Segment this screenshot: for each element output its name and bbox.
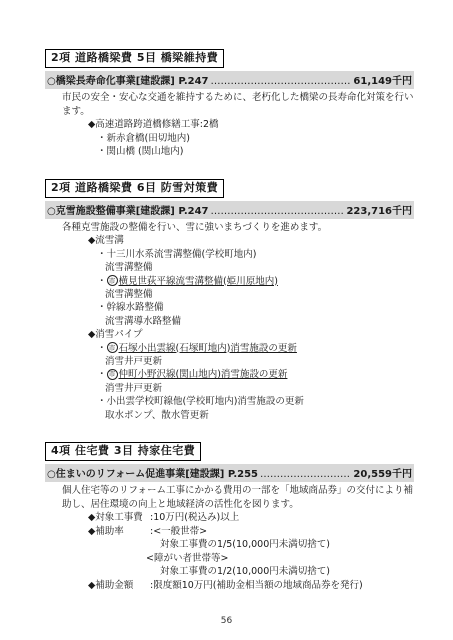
- program-title: ○克雪施設整備事業[建設課] P.247: [47, 202, 209, 217]
- section-snow-countermeasures: 2項 道路橋梁費 6目 防雪対策費 ○克雪施設整備事業[建設課] P.247 ……: [45, 176, 414, 422]
- city-road-circle-icon: 市: [107, 275, 118, 286]
- section-header-box: 4項 住宅費 3目 持家住宅費: [45, 442, 201, 461]
- list-item: 流雪溝整備: [45, 288, 414, 301]
- program-description: 各種克雪施設の整備を行い、雪に強いまちづくりを進めます。: [45, 221, 414, 235]
- detail-term: ◆対象工事費: [88, 511, 150, 525]
- dot-leader: ………………………………………………: [211, 206, 345, 217]
- budget-document-page: 2項 道路橋梁費 5目 橋梁維持費 ○橋梁長寿命化事業[建設課] P.247 ……: [0, 0, 453, 640]
- program-title: ○橋梁長寿命化事業[建設課] P.247: [47, 72, 209, 87]
- list-item: ・市横見世荻平線流雪溝整備(姫川原地内): [45, 275, 414, 288]
- section-owned-housing: 4項 住宅費 3目 持家住宅費 ○住まいのリフォーム促進事業[建設課] P.25…: [45, 439, 414, 592]
- program-headline: ○住まいのリフォーム促進事業[建設課] P.255 …………………………… 20…: [45, 464, 414, 482]
- list-item: 流雪溝整備: [45, 261, 414, 274]
- list-item: 流雪溝導水路整備: [45, 315, 414, 328]
- detail-subline: 対象工事費の1/2(10,000円未満切捨て): [45, 565, 414, 578]
- list-item: ◆流雪溝: [45, 234, 414, 247]
- detail-value: :限度額10万円(補助金相当額の地域商品券を発行): [150, 579, 363, 593]
- section-header-box: 2項 道路橋梁費 6目 防雪対策費: [45, 179, 224, 198]
- program-amount: 20,559千円: [353, 465, 412, 480]
- list-item: ・市仲町小野沢線(関山地内)消雪施設の更新: [45, 368, 414, 381]
- list-item: 消雪井戸更新: [45, 382, 414, 395]
- program-description: 市民の安全・安心な交通を維持するために、老朽化した橋梁の長寿命化対策を行います。: [45, 91, 414, 118]
- program-amount: 61,149千円: [353, 72, 412, 87]
- detail-value: :10万円(税込み)以上: [150, 511, 239, 525]
- detail-subline: <障がい者世帯等>: [45, 552, 414, 565]
- dot-leader: ……………………………: [260, 469, 351, 480]
- detail-row: ◆補助金額 :限度額10万円(補助金相当額の地域商品券を発行): [45, 579, 414, 593]
- section-header-text: 2項 道路橋梁費 6目 防雪対策費: [51, 181, 218, 194]
- detail-row: ◆補助率 :<一般世帯>: [45, 525, 414, 539]
- list-item: ・十三川水系流雪溝整備(学校町地内): [45, 248, 414, 261]
- program-description: 個人住宅等のリフォーム工事にかかる費用の一部を「地域商品券」の交付により補助し、…: [45, 484, 414, 511]
- section-header-text: 2項 道路橋梁費 5目 橋梁維持費: [51, 51, 218, 64]
- detail-term: ◆補助金額: [88, 579, 150, 593]
- detail-row: ◆対象工事費 :10万円(税込み)以上: [45, 511, 414, 525]
- program-title: ○住まいのリフォーム促進事業[建設課] P.255: [47, 465, 258, 480]
- dot-leader: ………………………………………………: [211, 76, 352, 87]
- list-item: ・新赤倉橋(田切地内): [45, 132, 414, 145]
- section-header-box: 2項 道路橋梁費 5目 橋梁維持費: [45, 49, 224, 68]
- city-road-circle-icon: 市: [107, 369, 118, 380]
- program-headline: ○克雪施設整備事業[建設課] P.247 ……………………………………………… …: [45, 201, 414, 219]
- detail-subline: 対象工事費の1/5(10,000円未満切捨て): [45, 538, 414, 551]
- section-bridge-maintenance: 2項 道路橋梁費 5目 橋梁維持費 ○橋梁長寿命化事業[建設課] P.247 ……: [45, 46, 414, 159]
- list-item: ・市石塚小出雲線(石塚町地内)消雪施設の更新: [45, 342, 414, 355]
- detail-term: ◆補助率: [88, 525, 150, 539]
- list-item: ・小出雲学校町線他(学校町地内)消雪施設の更新: [45, 395, 414, 408]
- program-amount: 223,716千円: [346, 202, 412, 217]
- list-item: 消雪井戸更新: [45, 355, 414, 368]
- section-header-text: 4項 住宅費 3目 持家住宅費: [51, 444, 195, 457]
- list-item: ◆高速道路跨道橋修繕工事:2橋: [45, 118, 414, 131]
- list-item: 取水ポンプ、散水管更新: [45, 409, 414, 422]
- detail-value: :<一般世帯>: [150, 525, 207, 539]
- list-item: ・幹線水路整備: [45, 301, 414, 314]
- page-number: 56: [0, 616, 453, 626]
- list-item: ・関山橋 (関山地内): [45, 145, 414, 158]
- program-headline: ○橋梁長寿命化事業[建設課] P.247 ……………………………………………… …: [45, 71, 414, 89]
- city-road-circle-icon: 市: [107, 342, 118, 353]
- list-item: ◆消雪パイプ: [45, 328, 414, 341]
